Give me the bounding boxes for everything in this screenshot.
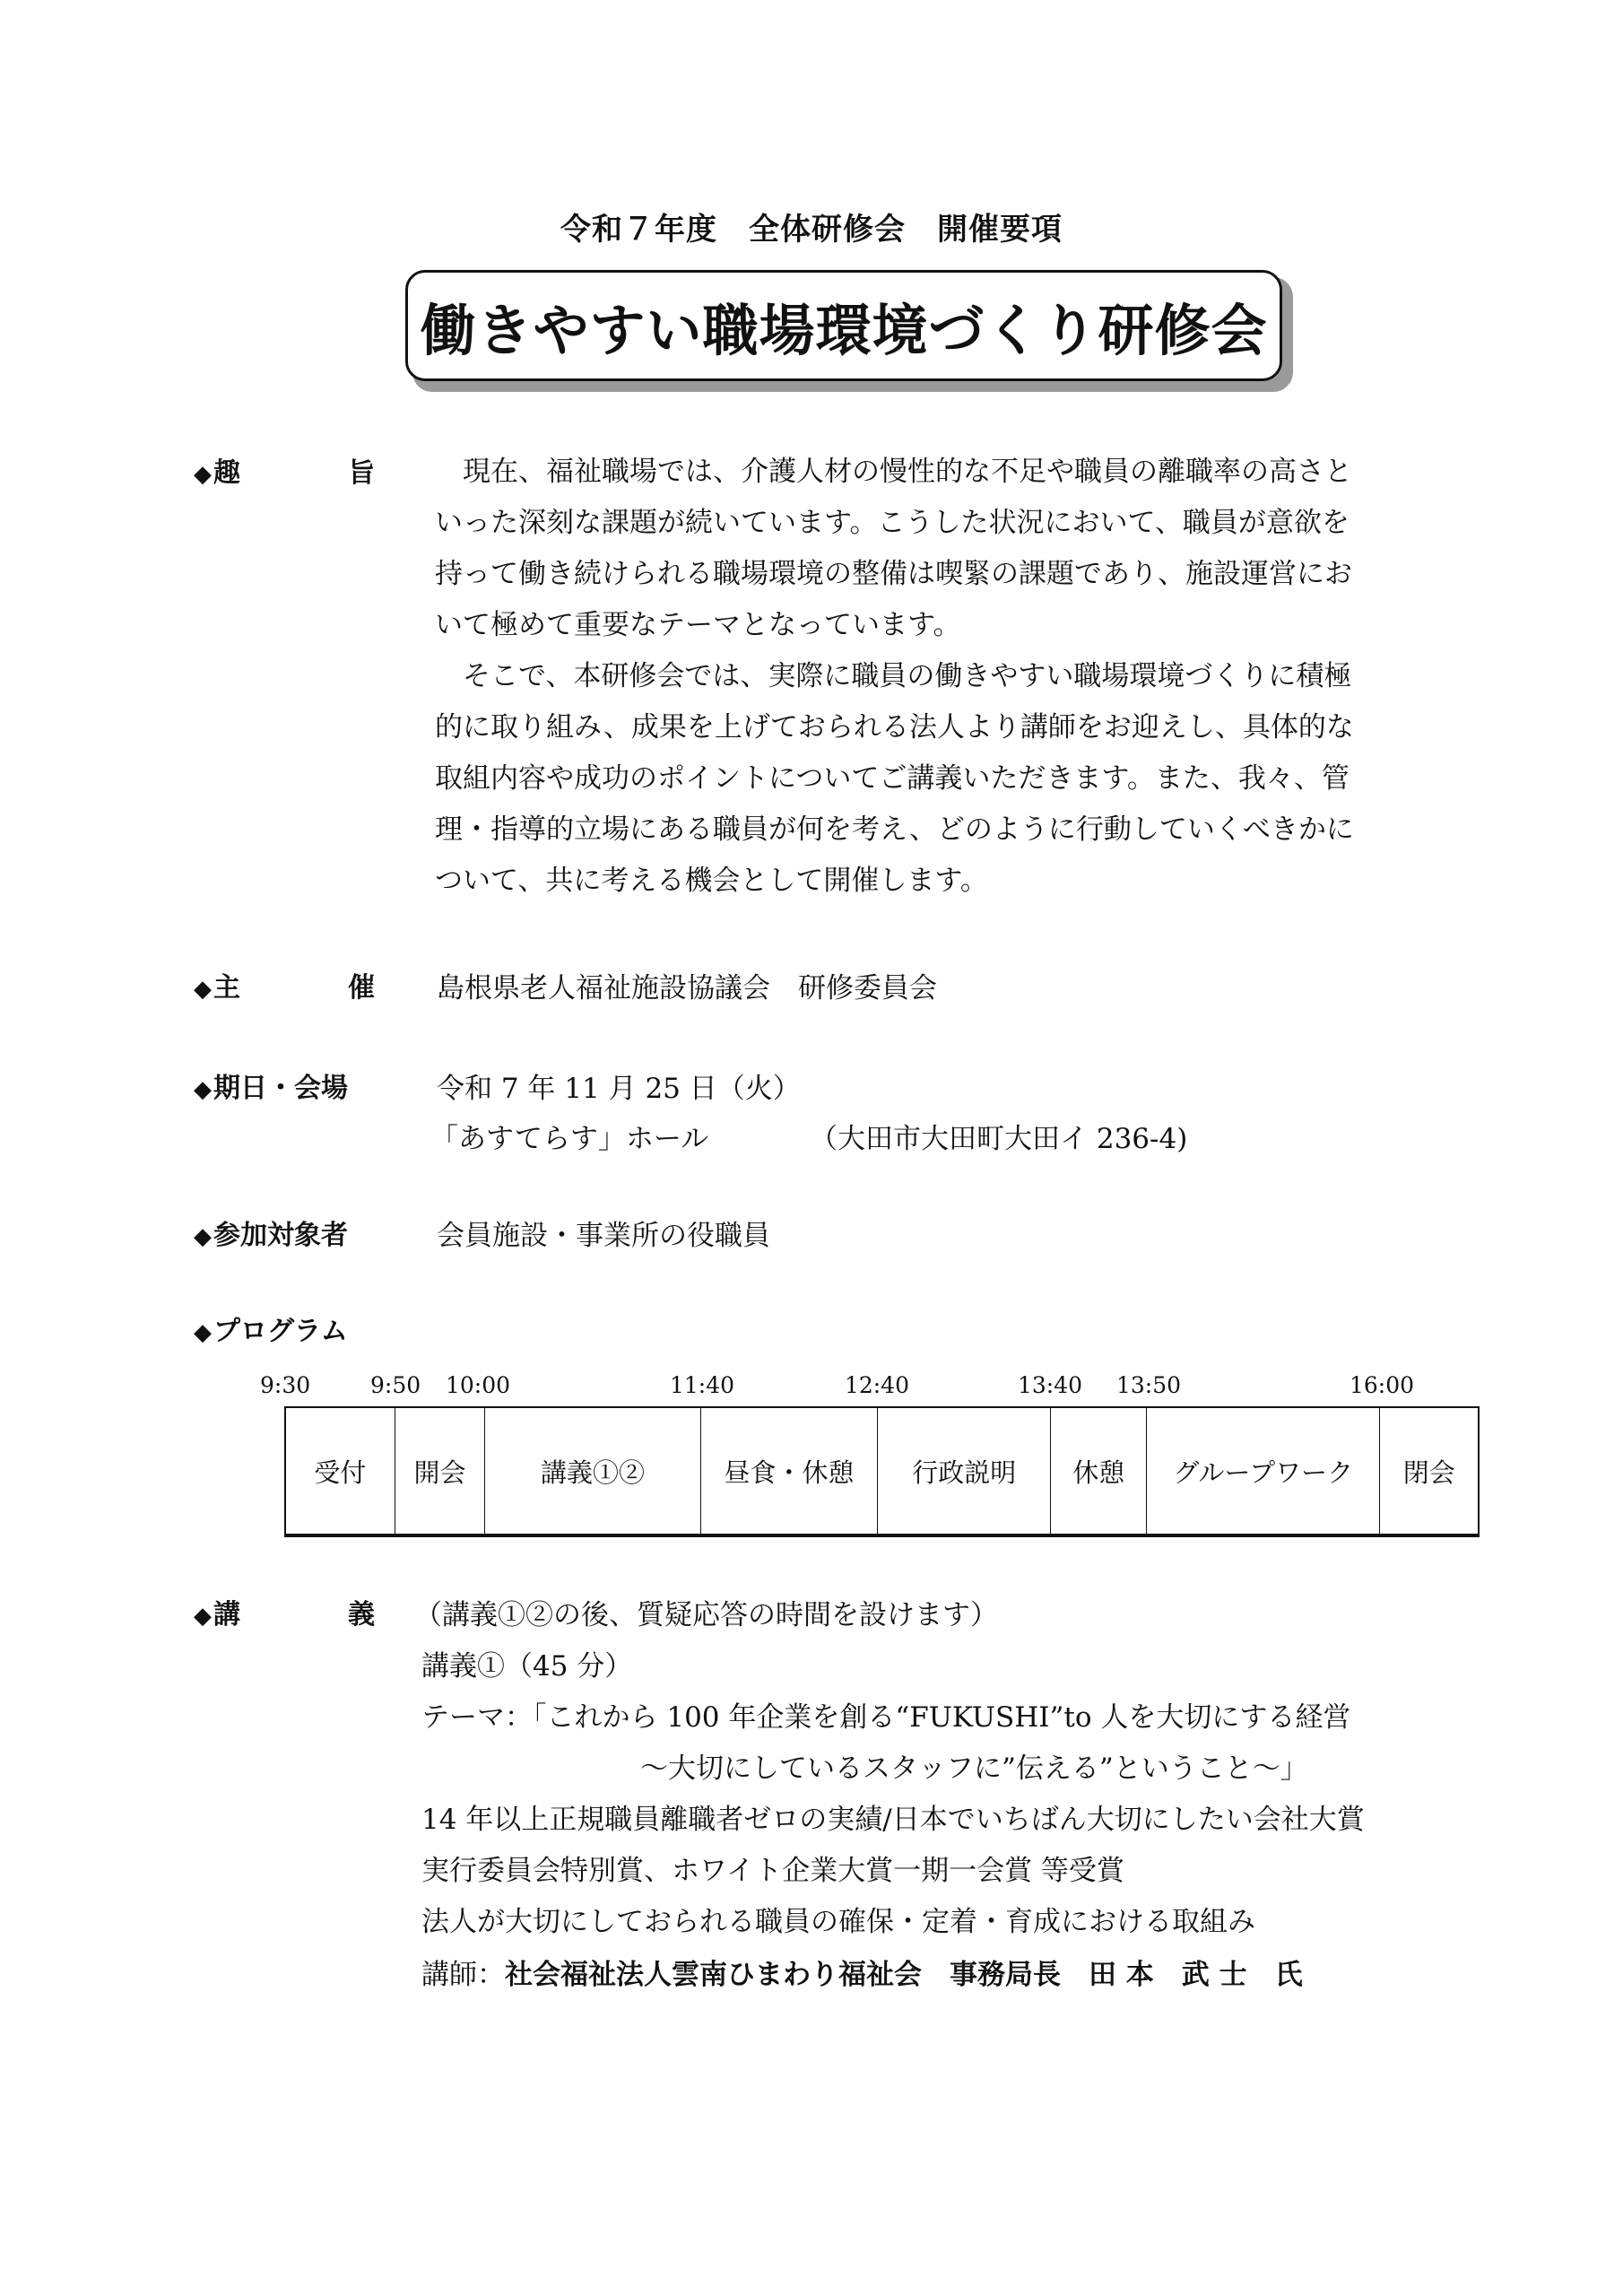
program-block: 行政説明 [878, 1408, 1051, 1534]
program-time-label: 10:00 [446, 1372, 510, 1398]
lecture-theme-line2: ～大切にしているスタッフに”伝える”ということ～」 [640, 1744, 1308, 1795]
diamond-bullet-icon: ◆ [194, 976, 212, 1003]
program-block: 開会 [395, 1408, 486, 1534]
document-subtitle: 令和７年度 全体研修会 開催要項 [0, 204, 1623, 248]
purpose-line: 持って働き続けられる職場環境の整備は喫緊の課題であり、施設運営にお [435, 549, 1430, 600]
lecturer-name: 社会福祉法人雲南ひまわり福祉会 事務局長 田 本 武 士 氏 [505, 1959, 1303, 1991]
purpose-line: 現在、福祉職場では、介護人材の慢性的な不足や職員の離職率の高さと [435, 447, 1430, 498]
purpose-text: 現在、福祉職場では、介護人材の慢性的な不足や職員の離職率の高さと いった深刻な課… [435, 447, 1430, 907]
program-time-label: 11:40 [670, 1372, 734, 1398]
program-block: 休憩 [1051, 1408, 1147, 1534]
lecture-detail-line: 14 年以上正規職員離職者ゼロの実績/日本でいちばん大切にしたい会社大賞 [421, 1795, 1365, 1846]
section-label-purpose-end: 旨 [348, 456, 375, 491]
section-label-date-venue: ◆期日・会場 [194, 1071, 348, 1107]
section-label-organizer: ◆主 [194, 970, 240, 1006]
venue-name: 「あすてらす」ホール [430, 1114, 708, 1165]
diamond-bullet-icon: ◆ [194, 1603, 212, 1630]
program-block: グループワーク [1147, 1408, 1380, 1534]
purpose-line: そこで、本研修会では、実際に職員の働きやすい職場環境づくりに積極 [435, 651, 1430, 702]
program-time-label: 13:50 [1116, 1372, 1181, 1398]
program-block: 受付 [286, 1408, 395, 1534]
lecturer-line: 講師：社会福祉法人雲南ひまわり福祉会 事務局長 田 本 武 士 氏 [421, 1950, 1303, 2001]
purpose-line: 的に取り組み、成果を上げておられる法人より講師をお迎えし、具体的な [435, 702, 1430, 753]
purpose-line: いった深刻な課題が続いています。こうした状況において、職員が意欲を [435, 498, 1430, 549]
venue-address: （大田市大田町大田イ 236-4) [810, 1114, 1187, 1165]
diamond-bullet-icon: ◆ [194, 1076, 212, 1103]
lecture-detail-line: 実行委員会特別賞、ホワイト企業大賞一期一会賞 等受賞 [421, 1846, 1124, 1897]
section-label-purpose: ◆趣 [194, 456, 240, 491]
section-label-participants: ◆参加対象者 [194, 1218, 348, 1254]
program-block: 講義①② [485, 1408, 700, 1534]
title-box: 働きやすい職場環境づくり研修会 [405, 270, 1282, 381]
lecture-theme-line1: テーマ：「これから 100 年企業を創る“FUKUSHI”to 人を大切にする経… [421, 1692, 1350, 1744]
purpose-line: 取組内容や成功のポイントについてご講義いただきます。また、我々、管 [435, 753, 1430, 804]
document-title: 働きやすい職場環境づくり研修会 [420, 286, 1267, 366]
program-time-label: 16:00 [1350, 1372, 1414, 1398]
program-time-label: 9:50 [370, 1372, 421, 1398]
lecturer-prefix: 講師： [421, 1959, 505, 1991]
purpose-line: ついて、共に考える機会として開催します。 [435, 856, 1430, 907]
diamond-bullet-icon: ◆ [194, 1319, 212, 1346]
lecture-title: 講義①（45 分） [421, 1641, 632, 1692]
diamond-bullet-icon: ◆ [194, 1223, 212, 1250]
participants-value: 会員施設・事業所の役職員 [437, 1211, 770, 1262]
section-label-lecture-end: 義 [348, 1597, 375, 1633]
program-time-label: 9:30 [260, 1372, 310, 1398]
lecture-note: （講義①②の後、質疑応答の時間を設けます） [414, 1590, 998, 1641]
program-block: 閉会 [1380, 1408, 1478, 1534]
section-label-program: ◆プログラム [194, 1314, 348, 1350]
organizer-value: 島根県老人福祉施設協議会 研修委員会 [437, 963, 937, 1014]
section-label-lecture: ◆講 [194, 1597, 240, 1633]
event-date: 令和 7 年 11 月 25 日（火） [437, 1064, 801, 1115]
diamond-bullet-icon: ◆ [194, 461, 212, 488]
program-time-label: 12:40 [845, 1372, 909, 1398]
lecture-detail-line: 法人が大切にしておられる職員の確保・定着・育成における取組み [421, 1897, 1255, 1948]
section-label-organizer-end: 催 [348, 970, 375, 1006]
purpose-line: 理・指導的立場にある職員が何を考え、どのように行動していくべきかに [435, 804, 1430, 856]
program-time-label: 13:40 [1018, 1372, 1082, 1398]
purpose-line: いて極めて重要なテーマとなっています。 [435, 600, 1430, 651]
program-block: 昼食・休憩 [701, 1408, 878, 1534]
program-schedule-table: 受付開会講義①②昼食・休憩行政説明休憩グループワーク閉会 [284, 1406, 1480, 1537]
